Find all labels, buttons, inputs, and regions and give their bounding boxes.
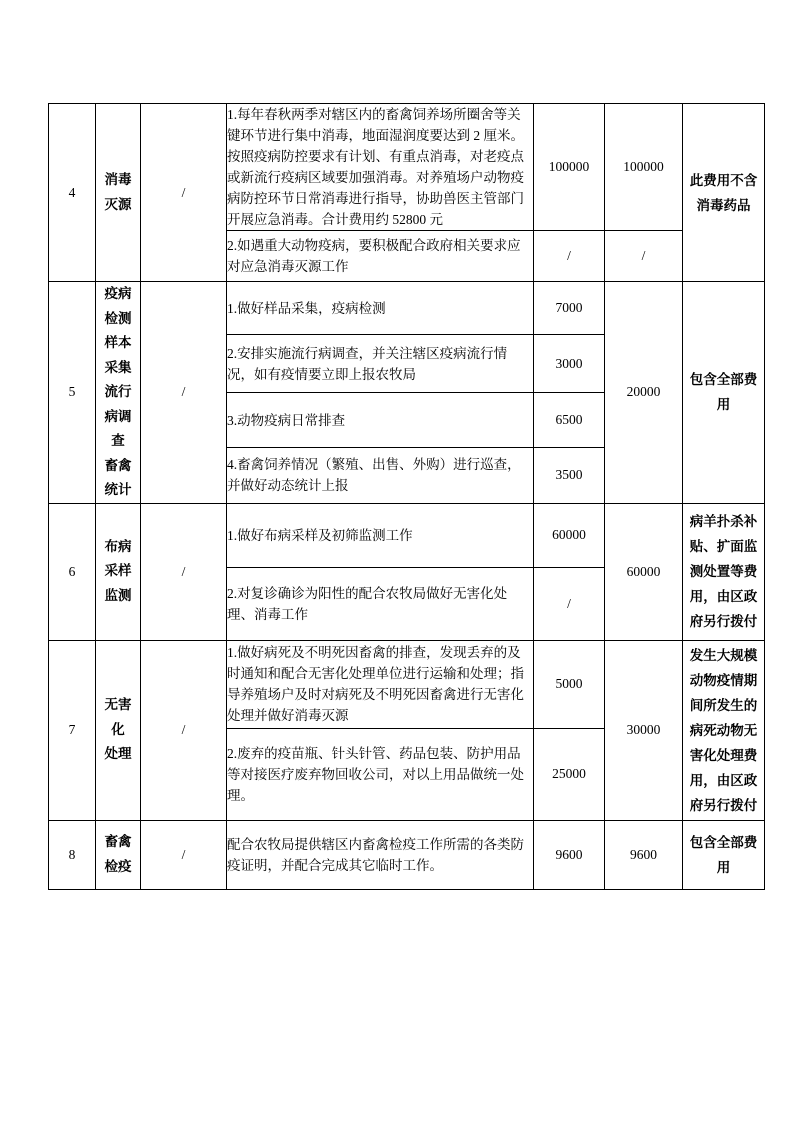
row5-total: 20000 — [605, 282, 683, 504]
row6-category: 布病 采样 监测 — [96, 503, 141, 640]
row8-task1: 配合农牧局提供辖区内畜禽检疫工作所需的各类防疫证明，并配合完成其它临时工作。 — [227, 820, 534, 889]
table-row: 8 畜禽 检疫 / 配合农牧局提供辖区内畜禽检疫工作所需的各类防疫证明，并配合完… — [49, 820, 765, 889]
row4-task1-total: 100000 — [605, 104, 683, 231]
table-row: 6 布病 采样 监测 / 1.做好布病采样及初筛监测工作 60000 60000… — [49, 503, 765, 567]
row6-total: 60000 — [605, 503, 683, 640]
row8-method-cell: / — [141, 820, 227, 889]
row4-number: 4 — [49, 104, 96, 282]
row7-total: 30000 — [605, 640, 683, 820]
row8-number: 8 — [49, 820, 96, 889]
row7-task2: 2.废弃的疫苗瓶、针头针管、药品包装、防护用品等对接医疗废弃物回收公司，对以上用… — [227, 728, 534, 820]
row5-category: 疫病 检测 样本 采集 流行 病调 查 畜禽 统计 — [96, 282, 141, 504]
table-row: 4 消毒 灭源 / 1.每年春秋两季对辖区内的畜禽饲养场所圈舍等关键环节进行集中… — [49, 104, 765, 231]
row7-task1: 1.做好病死及不明死因畜禽的排查，发现丢弃的及时通知和配合无害化处理单位进行运输… — [227, 640, 534, 728]
row4-method-cell: / — [141, 104, 227, 282]
row5-remark: 包含全部费 用 — [683, 282, 765, 504]
row6-number: 6 — [49, 503, 96, 640]
row4-task2-amount: / — [534, 231, 605, 282]
row8-task1-amount: 9600 — [534, 820, 605, 889]
row8-total: 9600 — [605, 820, 683, 889]
row4-category: 消毒 灭源 — [96, 104, 141, 282]
row4-task1-amount: 100000 — [534, 104, 605, 231]
row6-task1-amount: 60000 — [534, 503, 605, 567]
row8-category: 畜禽 检疫 — [96, 820, 141, 889]
row5-method-cell: / — [141, 282, 227, 504]
row5-task1-amount: 7000 — [534, 282, 605, 335]
row7-task1-amount: 5000 — [534, 640, 605, 728]
epidemic-prevention-service-table: 4 消毒 灭源 / 1.每年春秋两季对辖区内的畜禽饲养场所圈舍等关键环节进行集中… — [48, 103, 765, 890]
row5-task3: 3.动物疫病日常排查 — [227, 393, 534, 448]
row4-remark: 此费用不含 消毒药品 — [683, 104, 765, 282]
table-row: 7 无害 化 处理 / 1.做好病死及不明死因畜禽的排查，发现丢弃的及时通知和配… — [49, 640, 765, 728]
row7-remark: 发生大规模 动物疫情期 间所发生的 病死动物无 害化处理费 用，由区政 府另行拨… — [683, 640, 765, 820]
row5-task3-amount: 6500 — [534, 393, 605, 448]
row5-task4: 4.畜禽饲养情况（繁殖、出售、外购）进行巡查，并做好动态统计上报 — [227, 448, 534, 503]
table-row: 5 疫病 检测 样本 采集 流行 病调 查 畜禽 统计 / 1.做好样品采集，疫… — [49, 282, 765, 335]
row5-task4-amount: 3500 — [534, 448, 605, 503]
row4-task2-total: / — [605, 231, 683, 282]
row7-method-cell: / — [141, 640, 227, 820]
row7-category: 无害 化 处理 — [96, 640, 141, 820]
row5-task1: 1.做好样品采集，疫病检测 — [227, 282, 534, 335]
document-page: 4 消毒 灭源 / 1.每年春秋两季对辖区内的畜禽饲养场所圈舍等关键环节进行集中… — [0, 0, 793, 1122]
row6-remark: 病羊扑杀补 贴、扩面监 测处置等费 用，由区政 府另行拨付 — [683, 503, 765, 640]
row7-task2-amount: 25000 — [534, 728, 605, 820]
row8-remark: 包含全部费 用 — [683, 820, 765, 889]
row5-task2: 2.安排实施流行病调查，并关注辖区疫病流行情况，如有疫情要立即上报农牧局 — [227, 335, 534, 393]
row4-task2: 2.如遇重大动物疫病，要积极配合政府相关要求应对应急消毒灭源工作 — [227, 231, 534, 282]
row4-task1: 1.每年春秋两季对辖区内的畜禽饲养场所圈舍等关键环节进行集中消毒，地面湿润度要达… — [227, 104, 534, 231]
row6-method-cell: / — [141, 503, 227, 640]
row6-task2: 2.对复诊确诊为阳性的配合农牧局做好无害化处理、消毒工作 — [227, 567, 534, 640]
row6-task2-amount: / — [534, 567, 605, 640]
row7-number: 7 — [49, 640, 96, 820]
row5-number: 5 — [49, 282, 96, 504]
row5-task2-amount: 3000 — [534, 335, 605, 393]
row6-task1: 1.做好布病采样及初筛监测工作 — [227, 503, 534, 567]
